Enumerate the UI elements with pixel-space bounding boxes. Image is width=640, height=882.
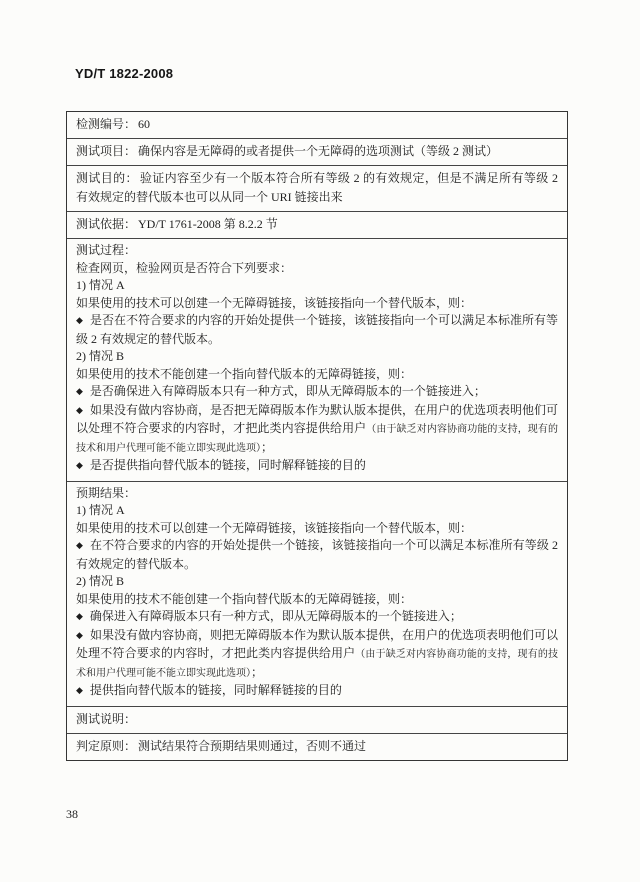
row-label: 测试项目： bbox=[76, 144, 136, 158]
row-test-purpose: 测试目的：验证内容至少有一个版本符合所有等级 2 的有效规定，但是不满足所有等级… bbox=[67, 165, 567, 211]
result-bullet: ◆确保进入有障碍版本只有一种方式，即从无障碍版本的一个链接进入； bbox=[76, 608, 558, 627]
process-line: 2) 情况 B bbox=[76, 348, 558, 366]
page-number: 38 bbox=[66, 807, 78, 822]
diamond-bullet-icon: ◆ bbox=[76, 540, 83, 550]
row-test-item: 测试项目：确保内容是无障碍的或者提供一个无障碍的选项测试（等级 2 测试） bbox=[67, 138, 567, 165]
row-test-note: 测试说明： bbox=[67, 706, 567, 733]
result-line: 2) 情况 B bbox=[76, 573, 558, 591]
diamond-bullet-icon: ◆ bbox=[76, 386, 83, 396]
row-label: 测试依据： bbox=[76, 217, 136, 231]
diamond-bullet-icon: ◆ bbox=[76, 611, 83, 621]
process-line: 如果使用的技术不能创建一个指向替代版本的无障碍链接，则： bbox=[76, 366, 558, 384]
diamond-bullet-icon: ◆ bbox=[76, 460, 83, 470]
row-value: 60 bbox=[138, 117, 150, 131]
row-judgement: 判定原则：测试结果符合预期结果则通过，否则不通过 bbox=[67, 733, 567, 760]
diamond-bullet-icon: ◆ bbox=[76, 630, 83, 640]
test-spec-table: 检测编号：60 测试项目：确保内容是无障碍的或者提供一个无障碍的选项测试（等级 … bbox=[66, 111, 568, 761]
row-label: 预期结果： bbox=[76, 485, 558, 503]
process-bullet: ◆如果没有做内容协商，是否把无障碍版本作为默认版本提供，在用户的优选项表明他们可… bbox=[76, 402, 558, 458]
result-line: 如果使用的技术不能创建一个指向替代版本的无障碍链接，则： bbox=[76, 591, 558, 609]
row-value: 测试结果符合预期结果则通过，否则不通过 bbox=[138, 739, 366, 753]
process-line: 如果使用的技术可以创建一个无障碍链接，该链接指向一个替代版本，则： bbox=[76, 295, 558, 313]
result-bullet: ◆如果没有做内容协商，则把无障碍版本作为默认版本提供，在用户的优选项表明他们可以… bbox=[76, 627, 558, 683]
process-line: 检查网页，检验网页是否符合下列要求： bbox=[76, 260, 558, 278]
result-bullet: ◆提供指向替代版本的链接，同时解释链接的目的 bbox=[76, 682, 558, 701]
diamond-bullet-icon: ◆ bbox=[76, 405, 83, 415]
row-label: 测试过程： bbox=[76, 242, 558, 260]
row-test-id: 检测编号：60 bbox=[67, 112, 567, 138]
result-bullet: ◆在不符合要求的内容的开始处提供一个链接，该链接指向一个可以满足本标准所有等级 … bbox=[76, 537, 558, 573]
process-bullet: ◆是否确保进入有障碍版本只有一种方式，即从无障碍版本的一个链接进入； bbox=[76, 383, 558, 402]
result-line: 如果使用的技术可以创建一个无障碍链接，该链接指向一个替代版本，则： bbox=[76, 520, 558, 538]
process-bullet: ◆是否提供指向替代版本的链接，同时解释链接的目的 bbox=[76, 457, 558, 476]
result-line: 1) 情况 A bbox=[76, 502, 558, 520]
row-expected-result: 预期结果： 1) 情况 A 如果使用的技术可以创建一个无障碍链接，该链接指向一个… bbox=[67, 481, 567, 706]
row-test-process: 测试过程： 检查网页，检验网页是否符合下列要求： 1) 情况 A 如果使用的技术… bbox=[67, 238, 567, 481]
row-label: 测试目的： bbox=[76, 171, 138, 185]
process-bullet: ◆是否在不符合要求的内容的开始处提供一个链接，该链接指向一个可以满足本标准所有等… bbox=[76, 312, 558, 348]
doc-code: YD/T 1822-2008 bbox=[75, 66, 173, 81]
row-test-basis: 测试依据：YD/T 1761-2008 第 8.2.2 节 bbox=[67, 211, 567, 238]
row-label: 检测编号： bbox=[76, 117, 136, 131]
row-label: 测试说明： bbox=[76, 712, 136, 726]
row-label: 判定原则： bbox=[76, 739, 136, 753]
row-value: YD/T 1761-2008 第 8.2.2 节 bbox=[138, 217, 278, 231]
process-line: 1) 情况 A bbox=[76, 277, 558, 295]
row-value: 确保内容是无障碍的或者提供一个无障碍的选项测试（等级 2 测试） bbox=[138, 144, 498, 158]
document-page: YD/T 1822-2008 检测编号：60 测试项目：确保内容是无障碍的或者提… bbox=[0, 0, 640, 882]
diamond-bullet-icon: ◆ bbox=[76, 315, 83, 325]
diamond-bullet-icon: ◆ bbox=[76, 685, 83, 695]
row-value: 验证内容至少有一个版本符合所有等级 2 的有效规定，但是不满足所有等级 2 有效… bbox=[76, 171, 558, 204]
